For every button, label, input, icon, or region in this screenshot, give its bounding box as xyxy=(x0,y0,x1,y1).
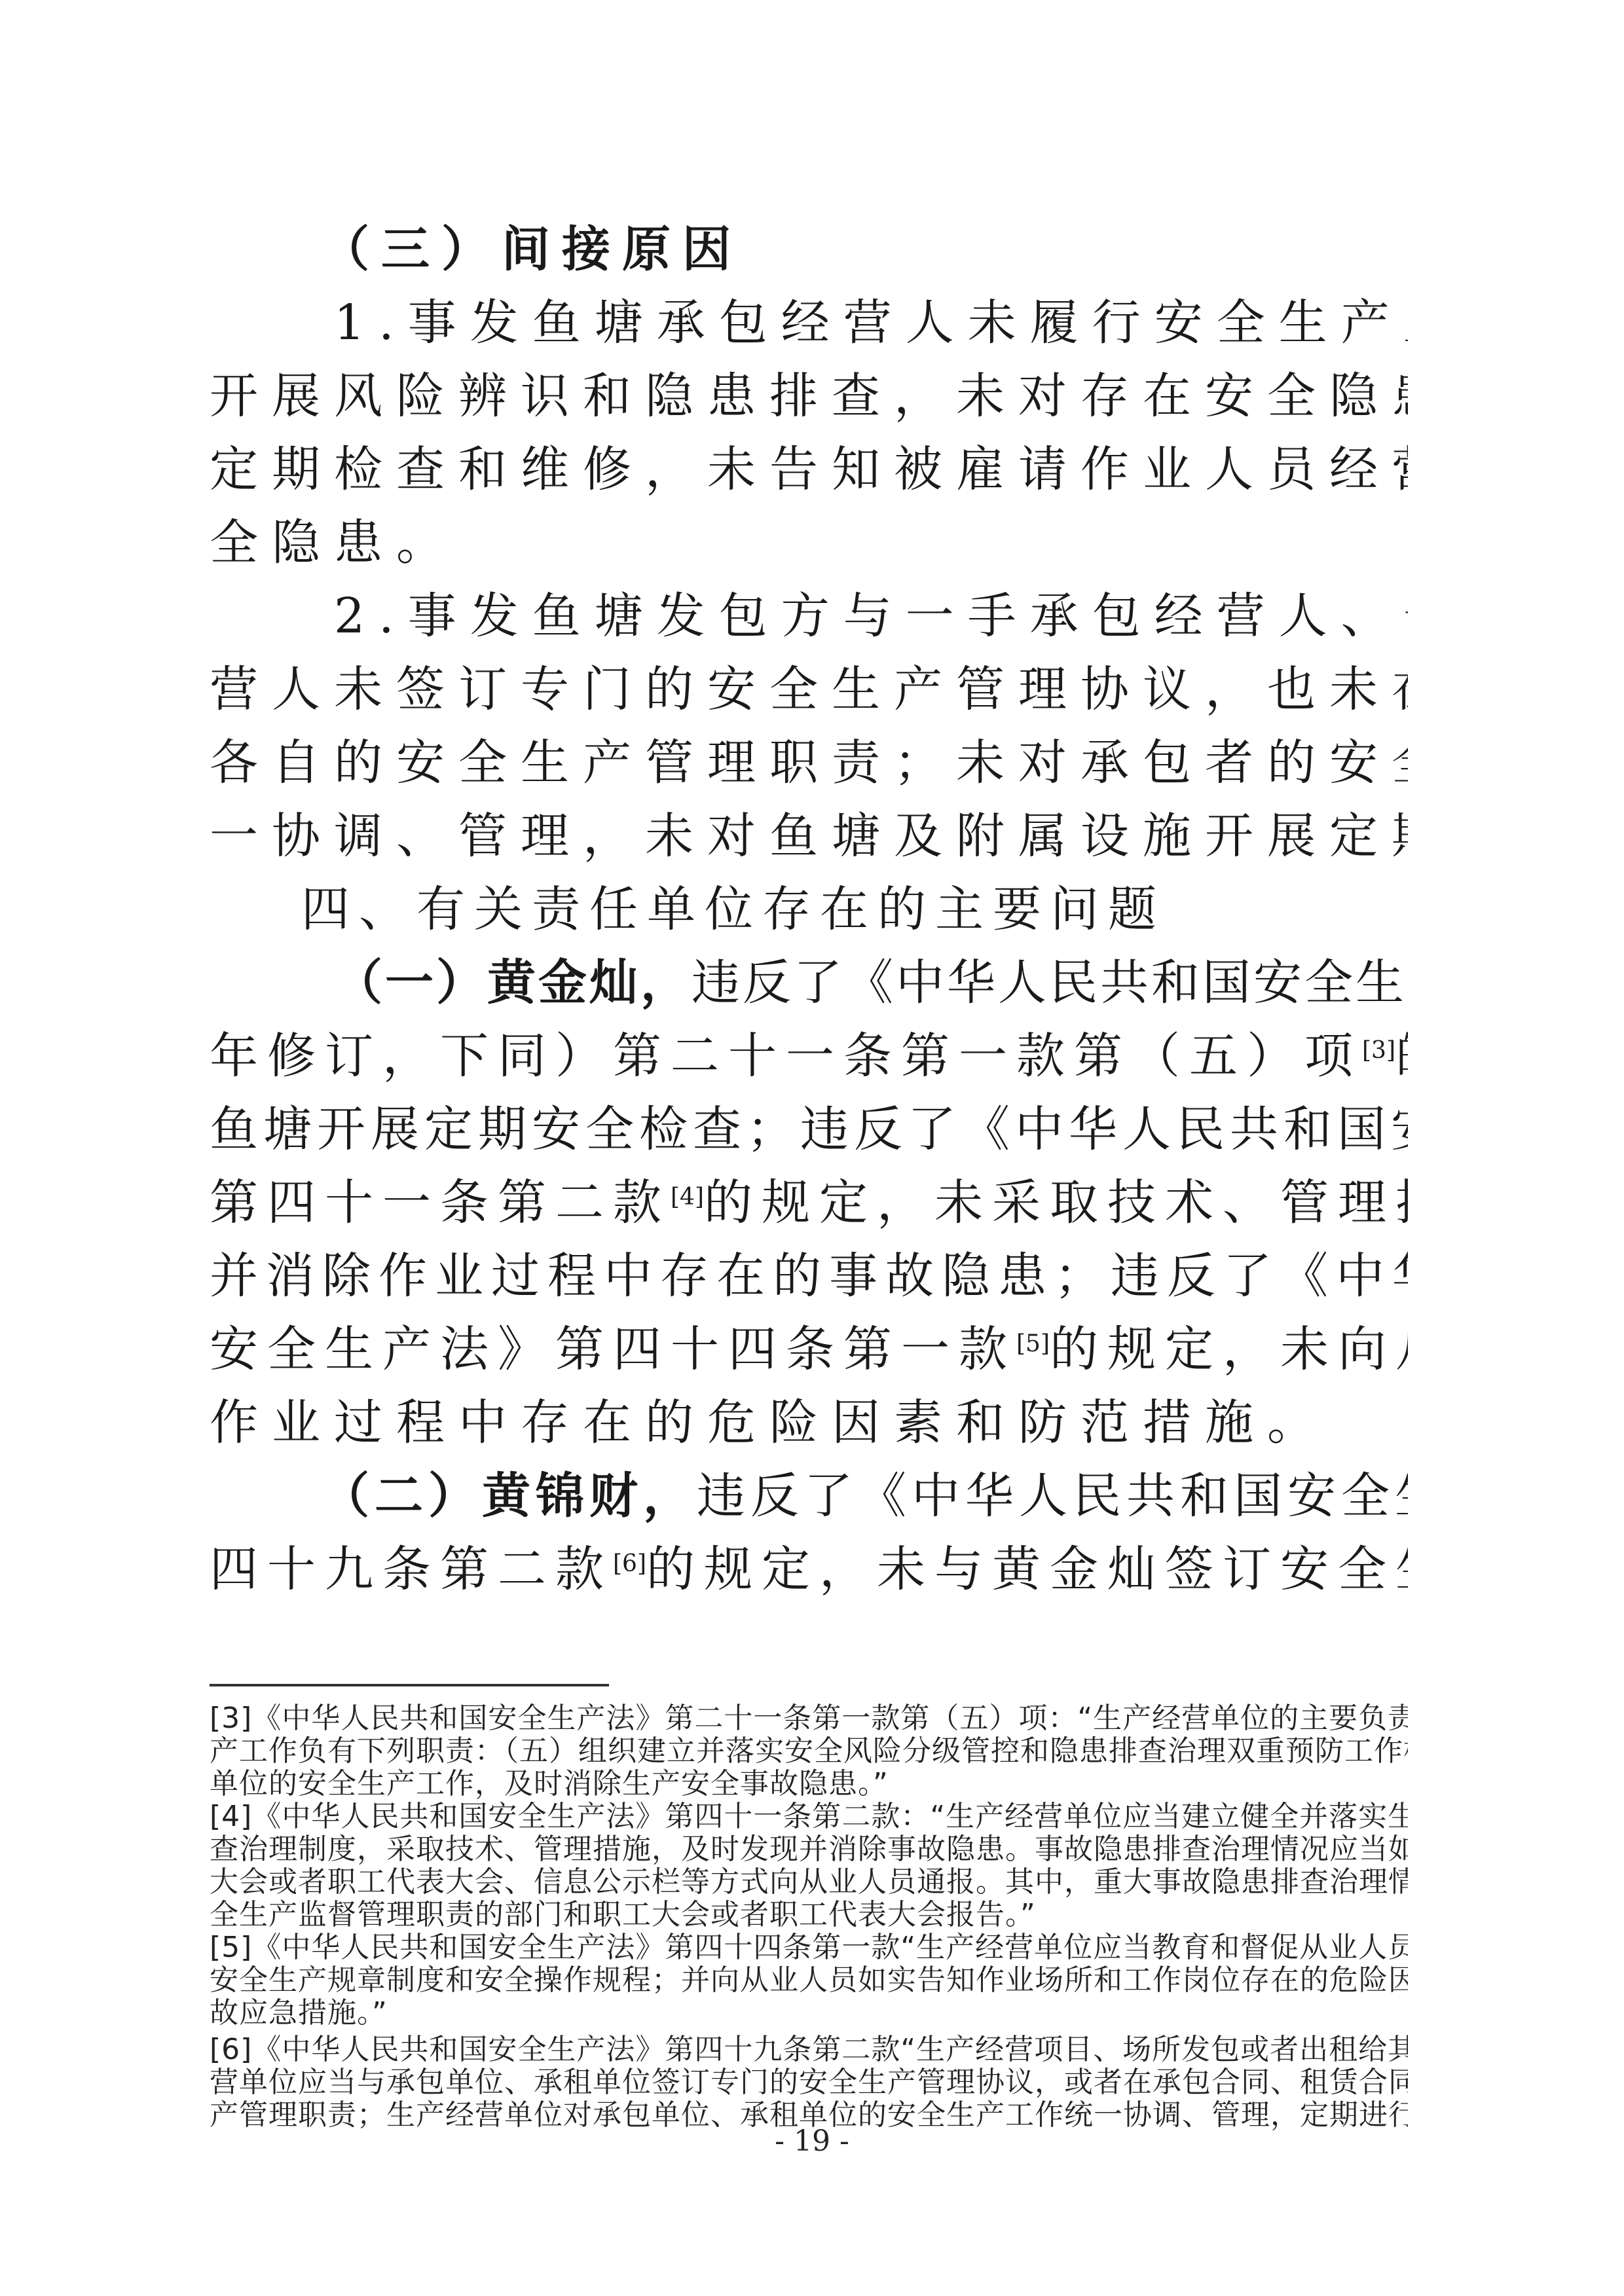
footnote-6: [6]《中华人民共和国安全生产法》第四十九条第二款“生产经营项目、场所发包或者出… xyxy=(210,2033,1408,2132)
footnote-line: 查治理制度，采取技术、管理措施，及时发现并消除事故隐患。事故隐患排查治理情况应当… xyxy=(210,1833,1408,1866)
footnote-line: [5]《中华人民共和国安全生产法》第四十四条第一款“生产经营单位应当教育和督促从… xyxy=(210,1931,1408,1964)
page-number: - 19 - xyxy=(0,2124,1624,2158)
paragraph-line: 1.事发鱼塘承包经营人未履行安全生产主体责任，未定期 xyxy=(210,286,1408,359)
responsibility-label: （一）黄金灿， xyxy=(334,955,692,1011)
footnote-line: 营单位应当与承包单位、承租单位签订专门的安全生产管理协议，或者在承包合同、租赁合… xyxy=(210,2066,1408,2099)
paragraph-line: 全隐患。 xyxy=(210,506,1408,579)
footnote-line: [4]《中华人民共和国安全生产法》第四十一条第二款：“生产经营单位应当建立健全并… xyxy=(210,1800,1408,1833)
paragraph-line: 一协调、管理，未对鱼塘及附属设施开展定期安全检查。 xyxy=(210,799,1408,873)
responsibility-line: 鱼塘开展定期安全检查；违反了《中华人民共和国安全生产法》 xyxy=(210,1093,1408,1166)
footnote-line: 全生产监督管理职责的部门和职工大会或者职工代表大会报告。” xyxy=(210,1899,1408,1931)
section-heading-indirect-causes: （三）间接原因 xyxy=(210,213,1408,286)
footnote-line: 安全生产规章制度和安全操作规程；并向从业人员如实告知作业场所和工作岗位存在的危险… xyxy=(210,1964,1408,1997)
responsibility-line: 作业过程中存在的危险因素和防范措施。 xyxy=(210,1386,1408,1459)
footnote-separator xyxy=(210,1684,609,1686)
footnote-3: [3]《中华人民共和国安全生产法》第二十一条第一款第（五）项：“生产经营单位的主… xyxy=(210,1702,1408,1800)
footnote-line: 产工作负有下列职责：（五）组织建立并落实安全风险分级管控和隐患排查治理双重预防工… xyxy=(210,1735,1408,1768)
footnote-5: [5]《中华人民共和国安全生产法》第四十四条第一款“生产经营单位应当教育和督促从… xyxy=(210,1931,1408,2030)
footnote-line: [6]《中华人民共和国安全生产法》第四十九条第二款“生产经营项目、场所发包或者出… xyxy=(210,2033,1408,2066)
responsibility-label: （二）黄锦财， xyxy=(321,1468,697,1524)
responsibility-line: 第四十一条第二款[4]的规定，未采取技术、管理措施及时发现 xyxy=(210,1166,1408,1239)
document-page: （三）间接原因 1.事发鱼塘承包经营人未履行安全生产主体责任，未定期 开展风险辨… xyxy=(0,0,1624,2296)
footnote-ref[interactable]: [5] xyxy=(1016,1330,1050,1357)
paragraph-line: 定期检查和维修，未告知被雇请作业人员经营场所内存在的安 xyxy=(210,433,1408,506)
footnote-line: 故应急措施。” xyxy=(210,1997,1408,2030)
footnote-ref[interactable]: [4] xyxy=(671,1184,704,1211)
responsibility-line: 并消除作业过程中存在的事故隐患；违反了《中华人民共和国 xyxy=(210,1239,1408,1313)
responsibility-line: （二）黄锦财，违反了《中华人民共和国安全生产法》第 xyxy=(210,1459,1408,1533)
footnotes: [3]《中华人民共和国安全生产法》第二十一条第一款第（五）项：“生产经营单位的主… xyxy=(210,1702,1408,2132)
body-text: （三）间接原因 1.事发鱼塘承包经营人未履行安全生产主体责任，未定期 开展风险辨… xyxy=(210,213,1408,1606)
paragraph-line: 营人未签订专门的安全生产管理协议，也未在承包合同中约定 xyxy=(210,653,1408,726)
footnote-ref[interactable]: [3] xyxy=(1362,1037,1395,1064)
paragraph-line: 2.事发鱼塘发包方与一手承包经营人、一手与二手承包经 xyxy=(210,579,1408,653)
footnote-ref[interactable]: [6] xyxy=(613,1550,646,1577)
footnote-line: 大会或者职工代表大会、信息公示栏等方式向从业人员通报。其中，重大事故隐患排查治理… xyxy=(210,1866,1408,1899)
responsibility-line: 年修订，下同）第二十一条第一款第（五）项[3]的规定，未对 xyxy=(210,1019,1408,1093)
footnote-4: [4]《中华人民共和国安全生产法》第四十一条第二款：“生产经营单位应当建立健全并… xyxy=(210,1800,1408,1931)
paragraph-line: 各自的安全生产管理职责；未对承包者的安全生产工作进行统 xyxy=(210,726,1408,799)
footnote-line: [3]《中华人民共和国安全生产法》第二十一条第一款第（五）项：“生产经营单位的主… xyxy=(210,1702,1408,1735)
responsibility-line: 四十九条第二款[6]的规定，未与黄金灿签订安全生产管理协议 xyxy=(210,1533,1408,1606)
paragraph-line: 开展风险辨识和隐患排查，未对存在安全隐患的设备设施进行 xyxy=(210,359,1408,433)
footnote-line: 单位的安全生产工作，及时消除生产安全事故隐患。” xyxy=(210,1768,1408,1800)
responsibility-line: （一）黄金灿，违反了《中华人民共和国安全生产法》（2021 xyxy=(210,946,1408,1019)
chapter-heading-main-problems: 四、有关责任单位存在的主要问题 xyxy=(210,873,1408,946)
responsibility-line: 安全生产法》第四十四条第一款[5]的规定，未向从业人员告知 xyxy=(210,1313,1408,1386)
